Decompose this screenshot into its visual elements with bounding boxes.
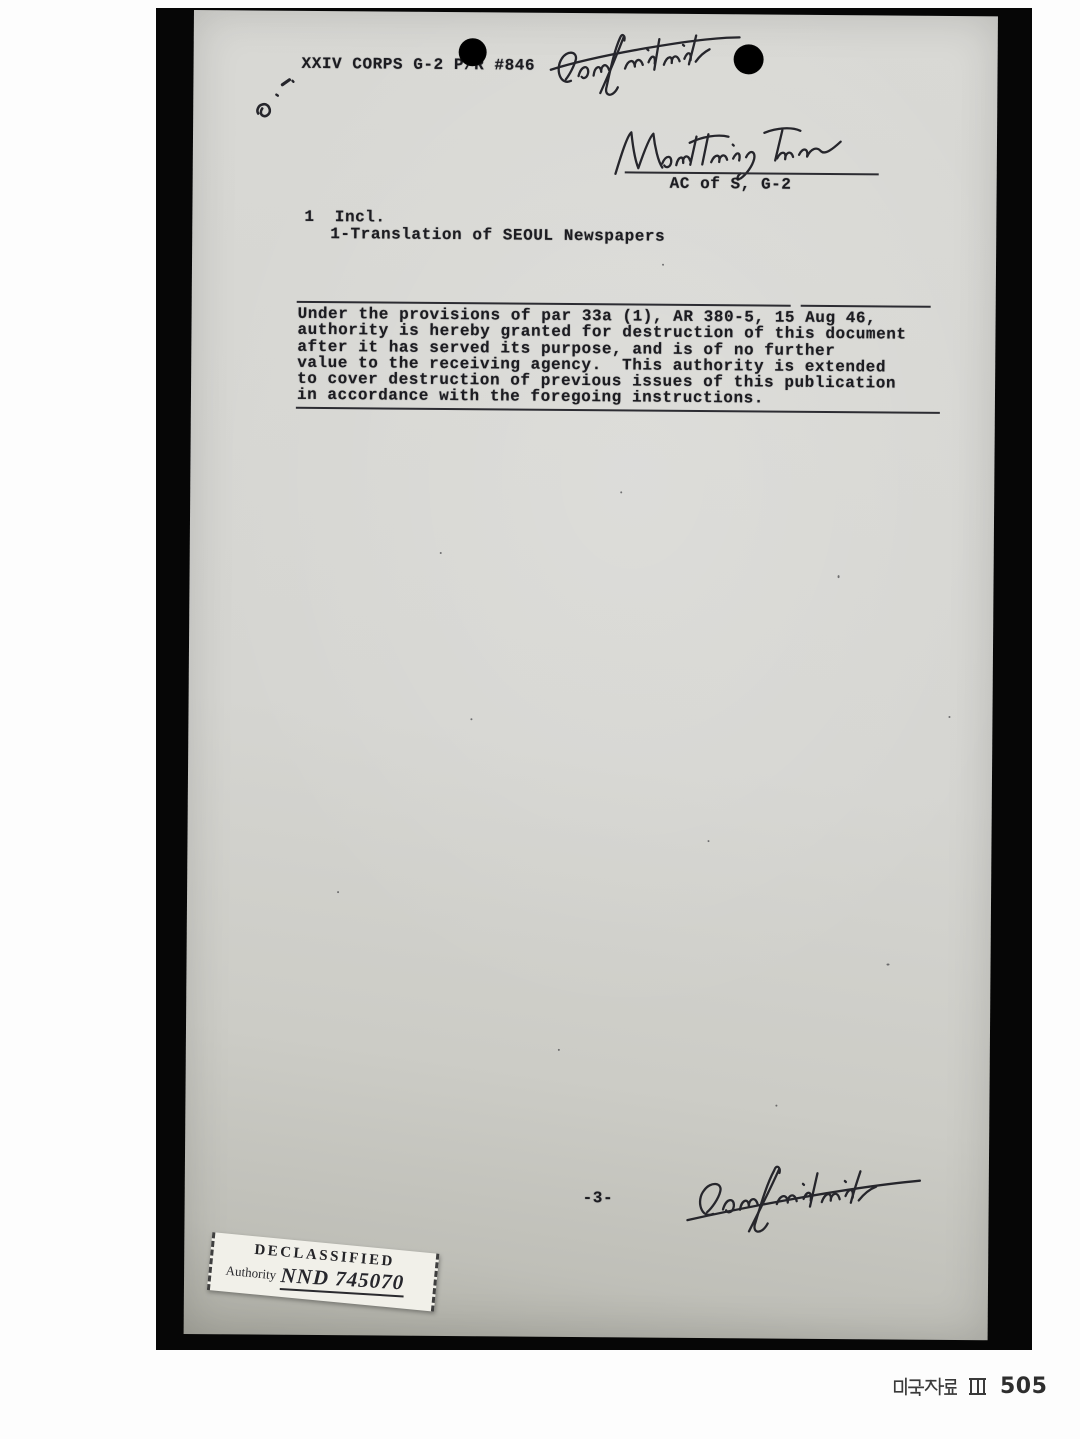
paper-speck [440,552,442,554]
handwritten-confidential-top: Confidential [542,16,748,110]
paper-speck [620,491,622,493]
book-page-scan: XXIV CORPS G-2 P/R #846 Confidential [0,0,1080,1439]
scanner-background: XXIV CORPS G-2 P/R #846 Confidential [156,8,1032,1350]
declassified-stamp: DECLASSIFIED Authority NND 745070 [207,1232,439,1311]
paper-speck [662,264,664,266]
hole-punch-right [734,44,764,74]
notice-text: Under the provisions of par 33a (1), AR … [297,306,907,409]
paper-speck [558,1049,560,1051]
paper-speck [948,716,950,718]
paper-speck [887,963,890,965]
hole-punch-left [459,38,487,66]
paper-speck [337,891,339,893]
page-number: -3- [583,1189,614,1207]
destruction-authority-notice: Under the provisions of par 33a (1), AR … [297,301,943,306]
paper-speck [838,575,840,578]
caption-volume-roman [969,1378,986,1395]
header-report-id: XXIV CORPS G-2 P/R #846 [302,55,536,75]
book-caption: 미국자료 Ⅲ 505 [893,1374,1047,1399]
handwritten-confidential-bottom: Confidential [683,1153,927,1249]
notice-rule-top-right [801,305,931,308]
caption-page-number: 505 [1000,1374,1047,1399]
enclosure-count-line: 1 Incl. [304,208,385,227]
enclosure-item-line: 1-Translation of SEOUL Newspapers [330,225,665,246]
stamp-authority-label: Authority [225,1263,277,1284]
paper-speck [775,1105,777,1107]
ink-smudge [248,72,303,127]
signature-title: AC of S, G-2 [670,175,792,194]
paper-speck [470,718,472,720]
paper-speck [707,840,709,842]
paper-speck [897,336,899,338]
caption-korean-glyphs [893,1377,957,1396]
document-page: XXIV CORPS G-2 P/R #846 Confidential [184,10,998,1340]
